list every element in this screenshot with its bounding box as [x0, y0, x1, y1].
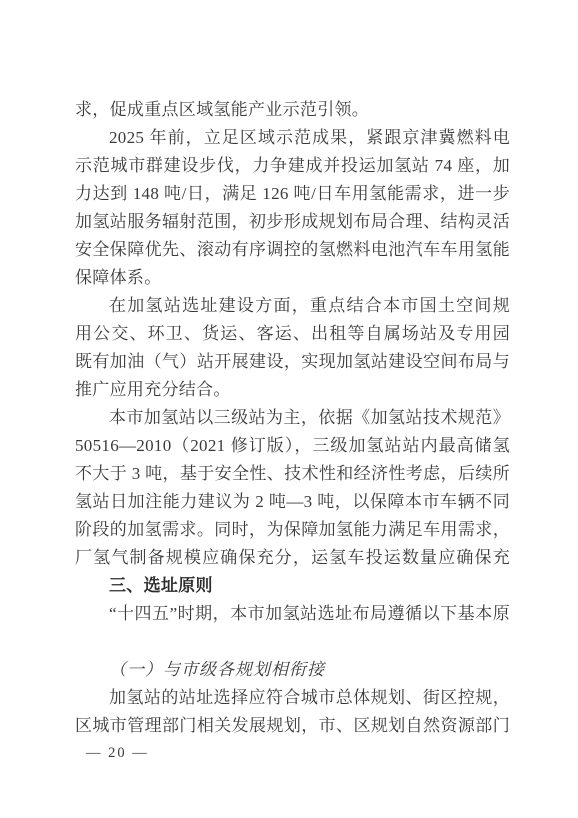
- body-line: 2025 年前，立足区域示范成果，紧跟京津冀燃料电池汽车: [75, 124, 510, 152]
- body-line: 加氢站服务辐射范围，初步形成规划布局合理、结构灵活多样、: [75, 208, 510, 236]
- body-line: 加氢站的站址选择应符合城市总体规划、街区控规，市、: [75, 684, 510, 712]
- page-number: — 20 —: [86, 744, 149, 762]
- body-line: 用公交、环卫、货运、客运、出租等自属场站及专用园区，或: [75, 320, 510, 348]
- body-line: 保障体系。: [75, 264, 510, 292]
- body-line: 本市加氢站以三级站为主，依据《加氢站技术规范》GB: [75, 404, 510, 432]
- body-line: 在加氢站选址建设方面，重点结合本市国土空间规划，利: [75, 292, 510, 320]
- body-line: 推广应用充分结合。: [75, 376, 510, 404]
- document-page: 求，促成重点区域氢能产业示范引领。2025 年前，立足区域示范成果，紧跟京津冀燃…: [0, 0, 578, 818]
- document-body: 求，促成重点区域氢能产业示范引领。2025 年前，立足区域示范成果，紧跟京津冀燃…: [75, 96, 510, 740]
- body-line: 求，促成重点区域氢能产业示范引领。: [75, 96, 510, 124]
- body-line: 区城市管理部门相关发展规划，市、区规划自然资源部门国土: [75, 712, 510, 740]
- body-line: “十四五”时期，本市加氢站选址布局遵循以下基本原则：: [75, 600, 510, 628]
- body-line: 力达到 148 吨/日，满足 126 吨/日车用氢能需求，进一步扩大: [75, 180, 510, 208]
- body-line: 既有加油（气）站开展建设，实现加氢站建设空间布局与车辆: [75, 348, 510, 376]
- subsection-heading: （一）与市级各规划相衔接: [75, 656, 510, 684]
- body-line: 氢站日加注能力建议为 2 吨—3 吨，以保障本市车辆不同推广: [75, 488, 510, 516]
- section-heading: 三、选址原则: [75, 572, 510, 600]
- body-line: 不大于 3 吨，基于安全性、技术性和经济性考虑，后续所建加: [75, 460, 510, 488]
- body-line: 50516—2010（2021 修订版），三级加氢站站内最高储氢容量: [75, 432, 510, 460]
- body-line: 安全保障优先、滚动有序调控的氢燃料电池汽车车用氢能供给: [75, 236, 510, 264]
- body-line: 厂氢气制备规模应确保充分，运氢车投运数量应确保充足。: [75, 544, 510, 572]
- body-line: 阶段的加氢需求。同时，为保障加氢能力满足车用需求，制氢: [75, 516, 510, 544]
- body-line: 示范城市群建设步伐，力争建成并投运加氢站 74 座，加氢总能: [75, 152, 510, 180]
- blank-line: [75, 628, 510, 656]
